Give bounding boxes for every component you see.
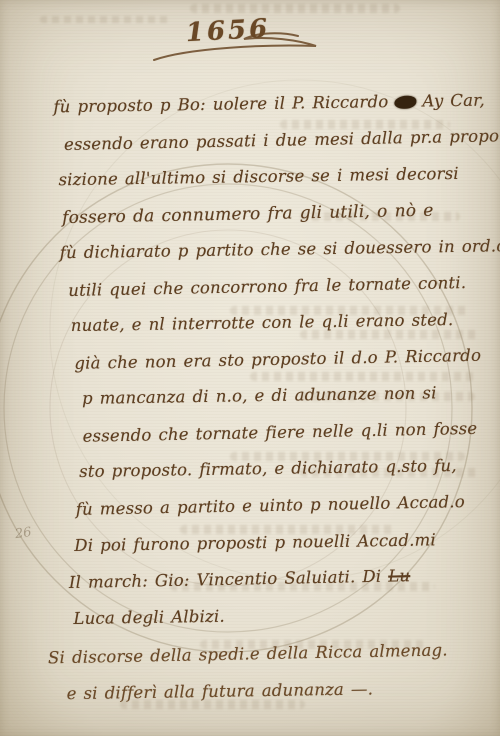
line-text: utili quei che concorrono fra le tornate… <box>68 273 466 300</box>
line-text: Si discorse della spedi.e della Ricca al… <box>48 641 448 668</box>
line-text: già che non era sto proposto il d.o P. R… <box>74 346 481 373</box>
line-text: sizione all'ultimo si discorse se i mesi… <box>58 164 459 189</box>
line-text: fù messo a partito e uinto p nouello Acc… <box>76 492 466 519</box>
line-text: fù dichiarato p partito che se si douess… <box>60 236 500 262</box>
line-text: Di poi furono proposti p nouelli Accad.m… <box>74 530 436 555</box>
line-text: p mancanza di n.o, e di adunanze non si <box>82 384 437 409</box>
line-text: Il march: Gio: Vincentio Saluiati. Di <box>69 567 389 592</box>
manuscript-line: utili quei che concorrono fra le tornate… <box>68 265 475 310</box>
manuscript-line: e si differì alla futura adunanza —. <box>66 669 481 712</box>
line-text: Ay Car, <box>422 91 485 111</box>
manuscript-line: Luca degli Albizi. <box>73 594 480 637</box>
manuscript-text-block: fù proposto p Bo: uolere il P. RiccardoA… <box>51 83 481 713</box>
line-text: fù proposto p Bo: uolere il P. Riccardo <box>53 92 388 116</box>
line-text: fossero da connumero fra gli utili, o nò… <box>62 200 434 227</box>
manuscript-line: essendo che tornate fiere nelle q.li non… <box>82 411 477 455</box>
line-text: nuate, e nl interrotte con le q.li erano… <box>71 310 454 335</box>
line-text: sto proposto. firmato, e dichiarato q.st… <box>79 456 457 481</box>
ink-blot <box>394 96 416 109</box>
manuscript-page: 1656 26 fù proposto p Bo: uolere il P. R… <box>0 0 500 736</box>
margin-note: 26 <box>14 525 32 542</box>
line-text: e si differì alla futura adunanza —. <box>66 679 373 703</box>
line-text: essendo che tornate fiere nelle q.li non… <box>82 419 477 446</box>
line-text: Luca degli Albizi. <box>73 606 225 627</box>
line-text: essendo erano passati i due mesi dalla p… <box>64 126 500 154</box>
manuscript-line: già che non era sto proposto il d.o P. R… <box>74 338 476 383</box>
year-heading: 1656 <box>0 4 456 58</box>
manuscript-line: fossero da connumero fra gli utili, o nò… <box>62 191 474 236</box>
manuscript-line: essendo erano passati i due mesi dalla p… <box>64 118 473 163</box>
struck-word: Lu <box>388 566 410 585</box>
